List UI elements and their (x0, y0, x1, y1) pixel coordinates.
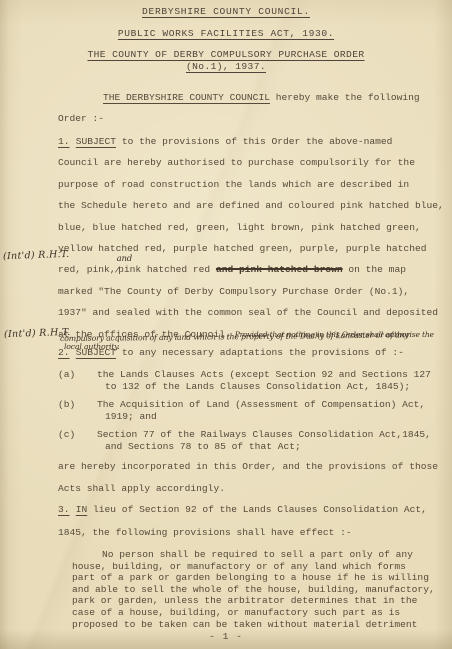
paragraph-3-opening: 3.IN lieu of Section 92 of the Lands Cla… (58, 504, 452, 515)
para1-line-5: blue, blue hatched red, green, light bro… (58, 217, 452, 238)
page-number: - 1 - (0, 631, 452, 642)
para2-keyword: SUBJECT (76, 347, 116, 358)
item-c-label: (c) (58, 429, 97, 452)
list-item-b: (b) The Acquisition of Land (Assessment … (58, 399, 452, 422)
para2-closing-line2: Acts shall apply accordingly. (58, 483, 452, 494)
caret-mark: / (114, 259, 119, 281)
intro-line: THE DERBYSHIRE COUNTY COUNCIL hereby mak… (103, 92, 452, 103)
para1-edited-line: red, pink,and/pink hatched red and pink … (58, 259, 452, 280)
para1-line-4: the Schedule hereto and are defined and … (58, 195, 452, 216)
para1-line-1: 1.SUBJECT to the provisions of this Orde… (58, 131, 452, 152)
para3-keyword: IN (76, 504, 88, 515)
block-line: house, building, or manufactory or of an… (72, 561, 447, 573)
para1-line-8: marked "The County of Derby Compulsory P… (58, 281, 452, 302)
list-item-a: (a) the Lands Clauses Acts (except Secti… (58, 369, 452, 392)
intro-council-name: THE DERBYSHIRE COUNTY COUNCIL (103, 92, 270, 103)
paragraph-1: 1.SUBJECT to the provisions of this Orde… (58, 131, 452, 345)
para1-line-2: Council are hereby authorised to purchas… (58, 152, 452, 173)
para2-closing-line1: are hereby incorporated in this Order, a… (58, 461, 452, 472)
block-line: park or garden, unless the arbitrator de… (72, 595, 447, 607)
paragraph-2-opening: 2.SUBJECT to any necessary adaptations t… (58, 347, 452, 358)
document-page: DERBYSHIRE COUNTY COUNCIL. PUBLIC WORKS … (0, 0, 452, 649)
block-line: No person shall be required to sell a pa… (72, 549, 447, 561)
para1-number: 1. (58, 136, 70, 147)
block-line: and able to sell the whole of the house,… (72, 584, 447, 596)
item-a-label: (a) (58, 369, 97, 392)
para3-number: 3. (58, 504, 70, 515)
item-b-label: (b) (58, 399, 97, 422)
para2-number: 2. (58, 347, 70, 358)
intro-rest: hereby make the following (270, 92, 420, 103)
para1-keyword: SUBJECT (76, 136, 116, 147)
list-item-c: (c) Section 77 of the Railways Clauses C… (58, 429, 452, 452)
struck-through-text: and pink hatched brown (216, 264, 343, 275)
para1-line-9: 1937" and sealed with the common seal of… (58, 302, 452, 323)
para3-line-2: 1845, the following provisions shall hav… (58, 527, 452, 538)
block-line: proposed to be taken can be taken withou… (72, 619, 447, 631)
order-title-line1: THE COUNTY OF DERBY COMPULSORY PURCHASE … (87, 49, 364, 60)
intro-order-label: Order :- (58, 113, 452, 124)
document-header: DERBYSHIRE COUNTY COUNCIL. PUBLIC WORKS … (0, 6, 452, 72)
para1-line-3: purpose of road construction the lands w… (58, 174, 452, 195)
quoted-provision-block: No person shall be required to sell a pa… (72, 549, 447, 630)
block-line: part of a park or garden belonging to a … (72, 572, 447, 584)
order-title-line2: (No.1), 1937. (186, 61, 266, 72)
council-title: DERBYSHIRE COUNTY COUNCIL. (142, 6, 310, 17)
act-title: PUBLIC WORKS FACILITIES ACT, 1930. (118, 28, 334, 39)
handwritten-insertion: and/ (116, 259, 119, 280)
block-line: case of a house, building, or manufactor… (72, 607, 447, 619)
